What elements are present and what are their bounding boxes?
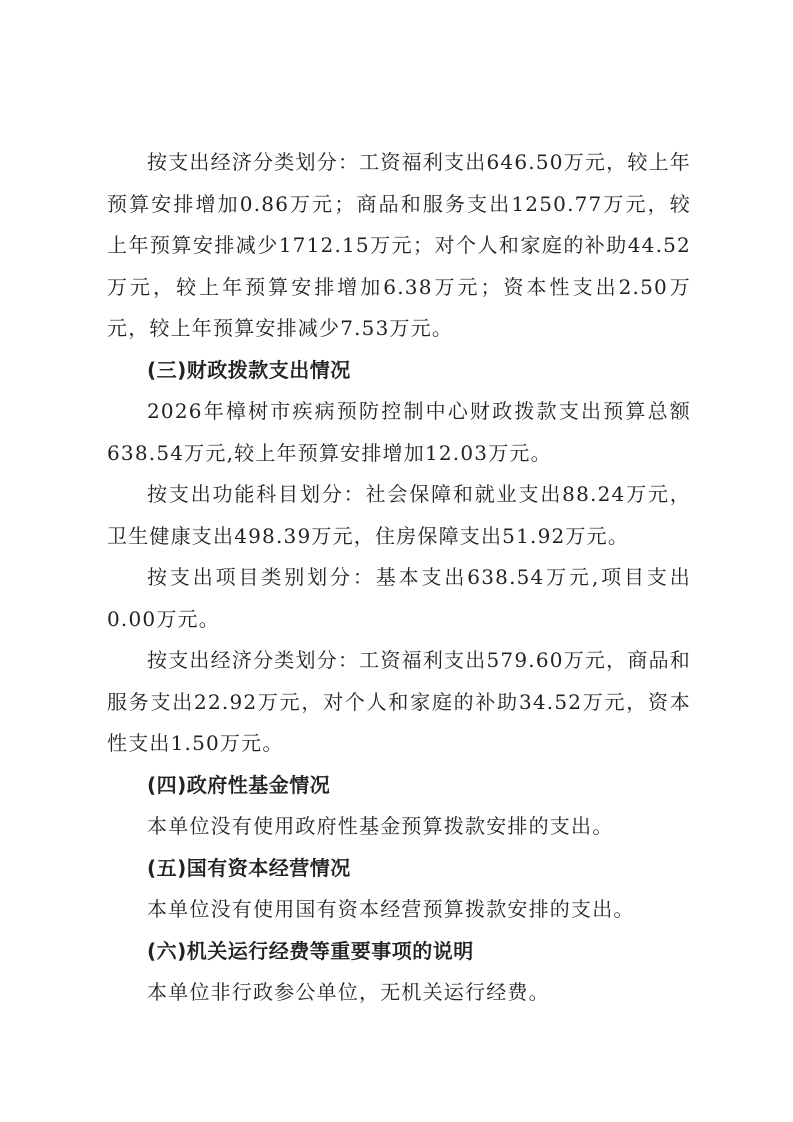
section-heading-operating-expenses: (六)机关运行经费等重要事项的说明 (107, 931, 691, 973)
paragraph-government-fund: 本单位没有使用政府性基金预算拨款安排的支出。 (107, 806, 691, 848)
paragraph-fiscal-economic-classification: 按支出经济分类划分：工资福利支出579.60万元，商品和服务支出22.92万元，… (107, 640, 691, 765)
paragraph-state-capital: 本单位没有使用国有资本经营预算拨款安排的支出。 (107, 889, 691, 931)
document-page: 按支出经济分类划分：工资福利支出646.50万元，较上年预算安排增加0.86万元… (107, 142, 691, 1014)
paragraph-functional-classification: 按支出功能科目划分：社会保障和就业支出88.24万元，卫生健康支出498.39万… (107, 474, 691, 557)
paragraph-project-category: 按支出项目类别划分：基本支出638.54万元,项目支出0.00万元。 (107, 557, 691, 640)
section-heading-fiscal-appropriation: (三)财政拨款支出情况 (107, 350, 691, 392)
paragraph-operating-expenses: 本单位非行政参公单位，无机关运行经费。 (107, 972, 691, 1014)
section-heading-government-fund: (四)政府性基金情况 (107, 765, 691, 807)
paragraph-fiscal-total: 2026年樟树市疾病预防控制中心财政拨款支出预算总额638.54万元,较上年预算… (107, 391, 691, 474)
paragraph-economic-classification: 按支出经济分类划分：工资福利支出646.50万元，较上年预算安排增加0.86万元… (107, 142, 691, 350)
section-heading-state-capital: (五)国有资本经营情况 (107, 848, 691, 890)
